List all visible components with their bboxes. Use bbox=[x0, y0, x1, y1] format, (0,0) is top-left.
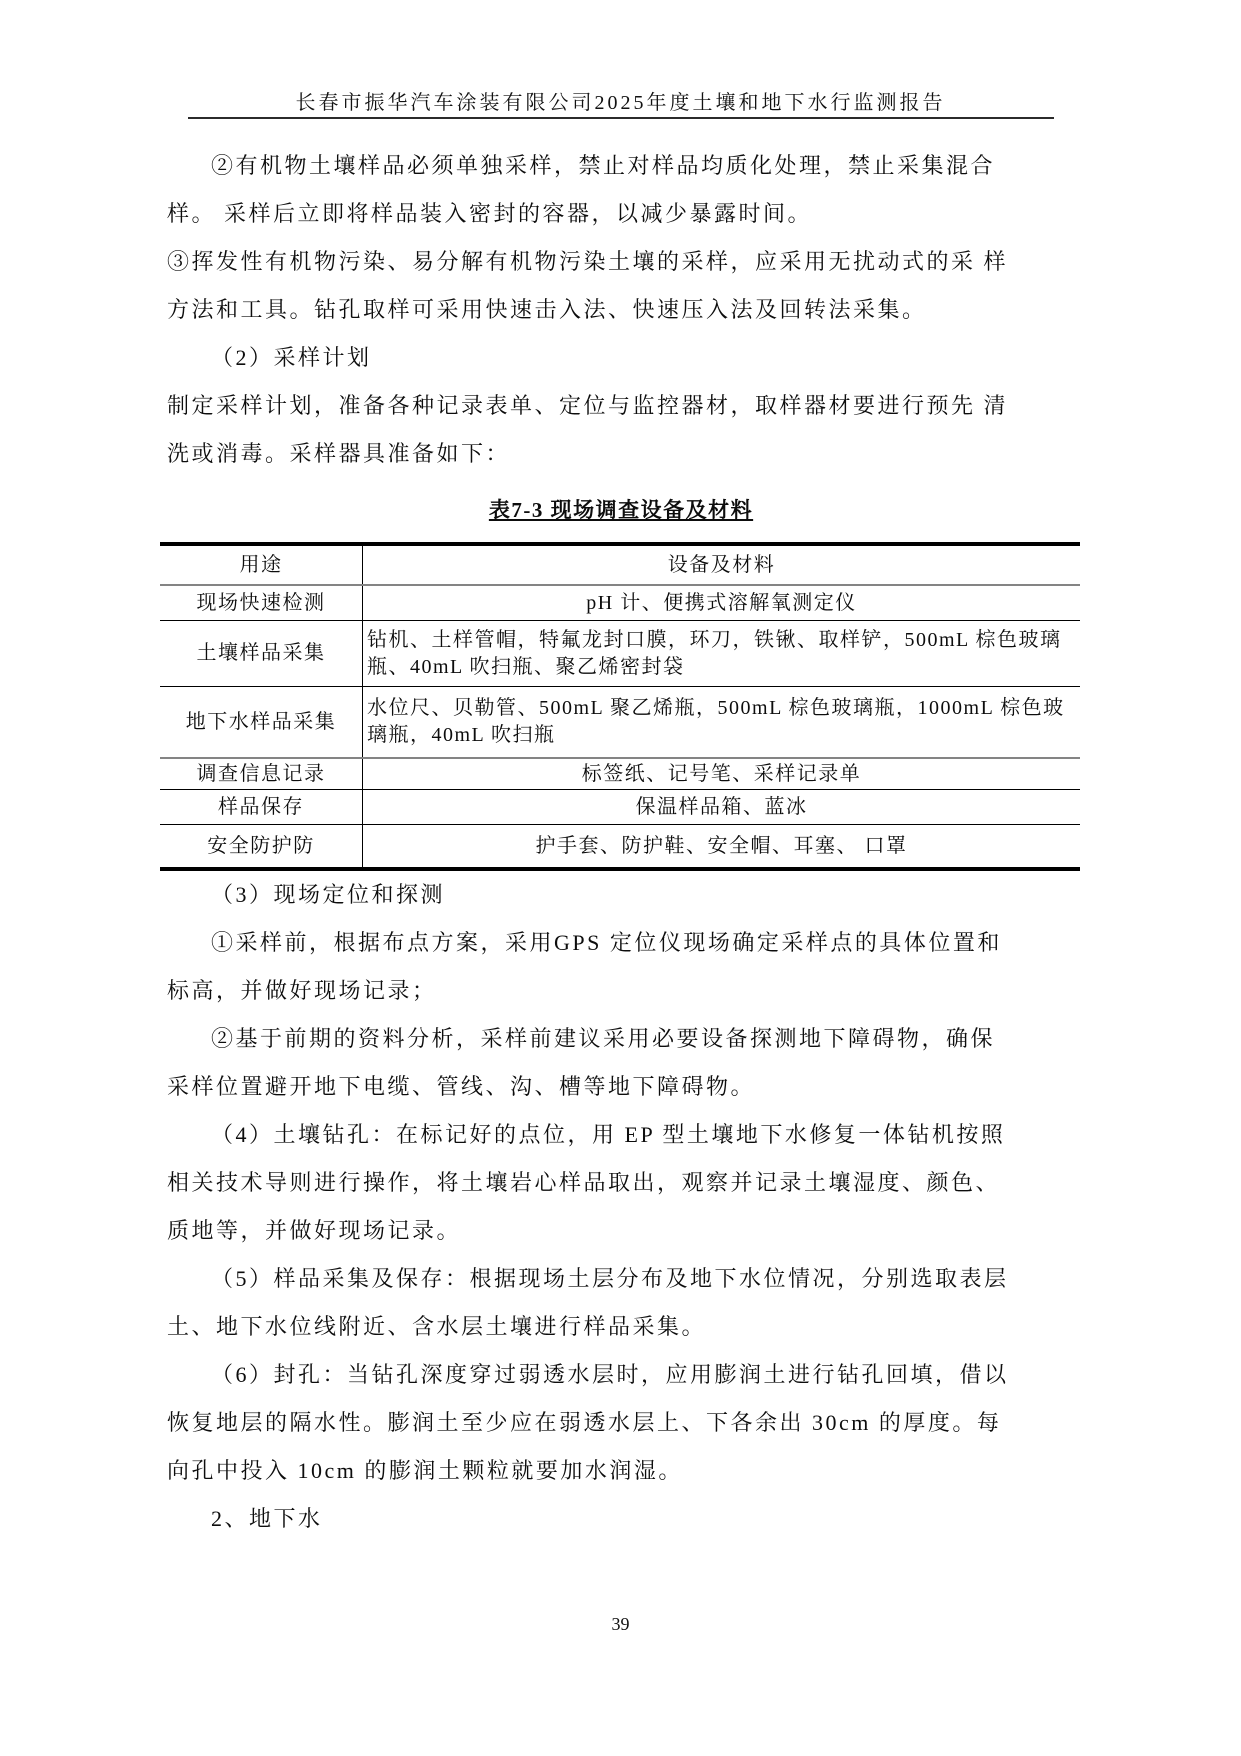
document-body: ②有机物土壤样品必须单独采样，禁止对样品均质化处理，禁止采集混合 样。 采样后立… bbox=[167, 142, 1075, 1543]
paragraph-hole-sealing: （6）封孔：当钻孔深度穿过弱透水层时，应用膨润土进行钻孔回填，借以 恢复地层的隔… bbox=[167, 1351, 1075, 1495]
table-cell-purpose: 样品保存 bbox=[160, 790, 363, 825]
paragraph-positioning-heading: （3）现场定位和探测 bbox=[167, 871, 1075, 919]
table-row: 地下水样品采集 水位尺、贝勒管、500mL 聚乙烯瓶，500mL 棕色玻璃瓶，1… bbox=[160, 687, 1080, 759]
table-header-equipment: 设备及材料 bbox=[363, 544, 1081, 585]
paragraph-obstacle-detection: ②基于前期的资料分析，采样前建议采用必要设备探测地下障碍物，确保 采样位置避开地… bbox=[167, 1015, 1075, 1111]
table-cell-purpose: 地下水样品采集 bbox=[160, 687, 363, 759]
table-header-row: 用途 设备及材料 bbox=[160, 544, 1080, 585]
page-number: 39 bbox=[0, 1614, 1241, 1635]
table-cell-purpose: 调查信息记录 bbox=[160, 758, 363, 790]
paragraph-soil-drilling: （4）土壤钻孔：在标记好的点位，用 EP 型土壤地下水修复一体钻机按照 相关技术… bbox=[167, 1111, 1075, 1255]
equipment-table: 用途 设备及材料 现场快速检测 pH 计、便携式溶解氧测定仪 土壤样品采集 钻机… bbox=[160, 542, 1080, 871]
table-title: 表7-3 现场调查设备及材料 bbox=[167, 486, 1075, 534]
table-row: 现场快速检测 pH 计、便携式溶解氧测定仪 bbox=[160, 585, 1080, 621]
table-cell-purpose: 现场快速检测 bbox=[160, 585, 363, 621]
paragraph-sampling-plan-heading: （2）采样计划 bbox=[167, 334, 1075, 382]
paragraph-organic-sampling: ②有机物土壤样品必须单独采样，禁止对样品均质化处理，禁止采集混合 样。 采样后立… bbox=[167, 142, 1075, 238]
table-cell-equipment: 护手套、防护鞋、安全帽、耳塞、 口罩 bbox=[363, 825, 1081, 870]
table-header-purpose: 用途 bbox=[160, 544, 363, 585]
paragraph-gps-positioning: ①采样前，根据布点方案，采用GPS 定位仪现场确定采样点的具体位置和 标高，并做… bbox=[167, 919, 1075, 1015]
paragraph-volatile-sampling: ③挥发性有机物污染、易分解有机物污染土壤的采样，应采用无扰动式的采 样 方法和工… bbox=[167, 238, 1075, 334]
table-cell-equipment: 钻机、土样管帽，特氟龙封口膜，环刀，铁锹、取样铲，500mL 棕色玻璃 瓶、40… bbox=[363, 621, 1081, 687]
table-cell-equipment: pH 计、便携式溶解氧测定仪 bbox=[363, 585, 1081, 621]
table-row: 调查信息记录 标签纸、记号笔、采样记录单 bbox=[160, 758, 1080, 790]
header-rule bbox=[188, 117, 1054, 119]
table-cell-equipment: 水位尺、贝勒管、500mL 聚乙烯瓶，500mL 棕色玻璃瓶，1000mL 棕色… bbox=[363, 687, 1081, 759]
table-cell-equipment: 标签纸、记号笔、采样记录单 bbox=[363, 758, 1081, 790]
table-row: 样品保存 保温样品箱、蓝冰 bbox=[160, 790, 1080, 825]
page-header-title: 长春市振华汽车涂装有限公司2025年度土壤和地下水行监测报告 bbox=[0, 86, 1241, 115]
table-cell-equipment: 保温样品箱、蓝冰 bbox=[363, 790, 1081, 825]
table-cell-purpose: 土壤样品采集 bbox=[160, 621, 363, 687]
paragraph-sample-collection: （5）样品采集及保存：根据现场土层分布及地下水位情况，分别选取表层 土、地下水位… bbox=[167, 1255, 1075, 1351]
table-cell-purpose: 安全防护防 bbox=[160, 825, 363, 870]
paragraph-sampling-plan-body: 制定采样计划，准备各种记录表单、定位与监控器材，取样器材要进行预先 清 洗或消毒… bbox=[167, 382, 1075, 478]
table-row: 安全防护防 护手套、防护鞋、安全帽、耳塞、 口罩 bbox=[160, 825, 1080, 870]
paragraph-groundwater-heading: 2、地下水 bbox=[167, 1495, 1075, 1543]
table-row: 土壤样品采集 钻机、土样管帽，特氟龙封口膜，环刀，铁锹、取样铲，500mL 棕色… bbox=[160, 621, 1080, 687]
